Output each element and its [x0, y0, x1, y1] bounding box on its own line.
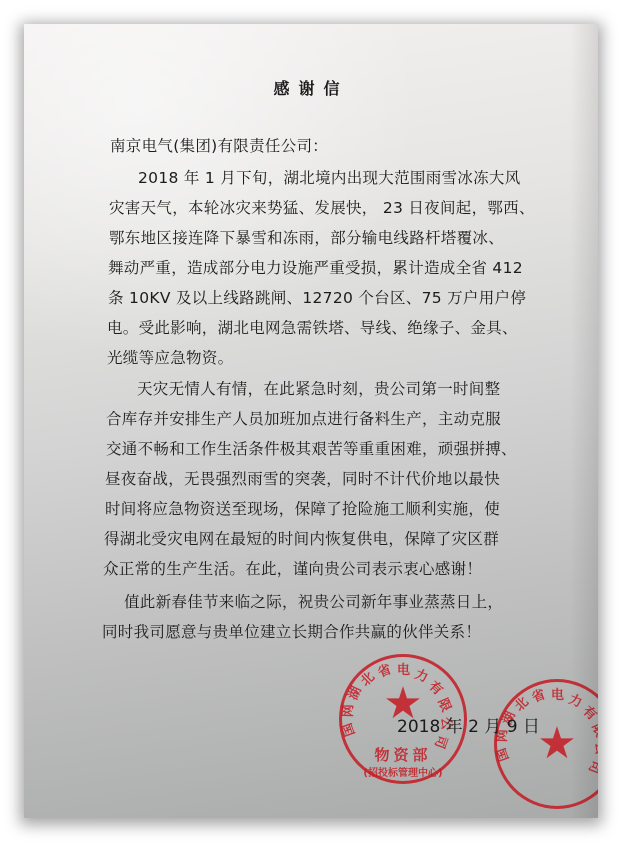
- letter-title: 感谢信: [24, 76, 598, 99]
- star-icon: ★: [537, 722, 576, 766]
- seal-department: 物资部: [342, 744, 464, 765]
- letter-date: 2018 年 2 月 9 日: [397, 712, 540, 737]
- body-line: 光缆等应急物资。: [107, 346, 233, 368]
- body-line: 昼夜奋战，无畏强烈雨雪的突袭，同时不计代价地以最快: [105, 467, 500, 489]
- seal-subtitle: (招投标管理中心): [342, 764, 464, 779]
- body-line: 舞动严重，造成部分电力设施严重受损，累计造成全省 412: [108, 256, 523, 278]
- body-line: 鄂东地区接连降下暴雪和冻雨，部分输电线路杆塔覆冰、: [109, 226, 504, 248]
- salutation: 南京电气(集团)有限责任公司：: [110, 134, 328, 156]
- body-line: 得湖北受灾电网在最短的时间内恢复供电，保障了灾区群: [104, 527, 499, 549]
- body-line: 同时我司愿意与贵单位建立长期合作共赢的伙伴关系！: [102, 620, 481, 642]
- body-line: 条 10KV 及以上线路跳闸、12720 个台区、75 万户用户停: [108, 286, 526, 308]
- body-line: 交通不畅和工作生活条件极其艰苦等重重困难，顽强拼搏、: [106, 437, 517, 459]
- right-seal-stamp: 国 网 湖 北 省 电 力 有 限 公 司 ★: [494, 679, 598, 809]
- body-line: 合库存并安排生产人员加班加点进行备料生产，主动克服: [106, 407, 501, 429]
- body-line: 值此新春佳节来临之际，祝贵公司新年事业蒸蒸日上，: [124, 590, 503, 612]
- body-line: 灾害天气，本轮冰灾来势猛、发展快， 23 日夜间起，鄂西、: [109, 196, 535, 218]
- body-line: 时间将应急物资送至现场，保障了抢险施工顺利实施，使: [105, 497, 500, 519]
- letter-photo: 感谢信 南京电气(集团)有限责任公司： 2018 年 1 月下旬，湖北境内出现大…: [24, 24, 598, 818]
- body-line: 2018 年 1 月下旬，湖北境内出现大范围雨雪冰冻大风: [138, 166, 521, 188]
- body-line: 电。受此影响，湖北电网急需铁塔、导线、绝缘子、金具、: [107, 316, 518, 338]
- body-line: 众正常的生产生活。在此，谨向贵公司表示衷心感谢！: [103, 557, 482, 579]
- body-line: 天灾无情人有情，在此紧急时刻，贵公司第一时间整: [137, 377, 500, 399]
